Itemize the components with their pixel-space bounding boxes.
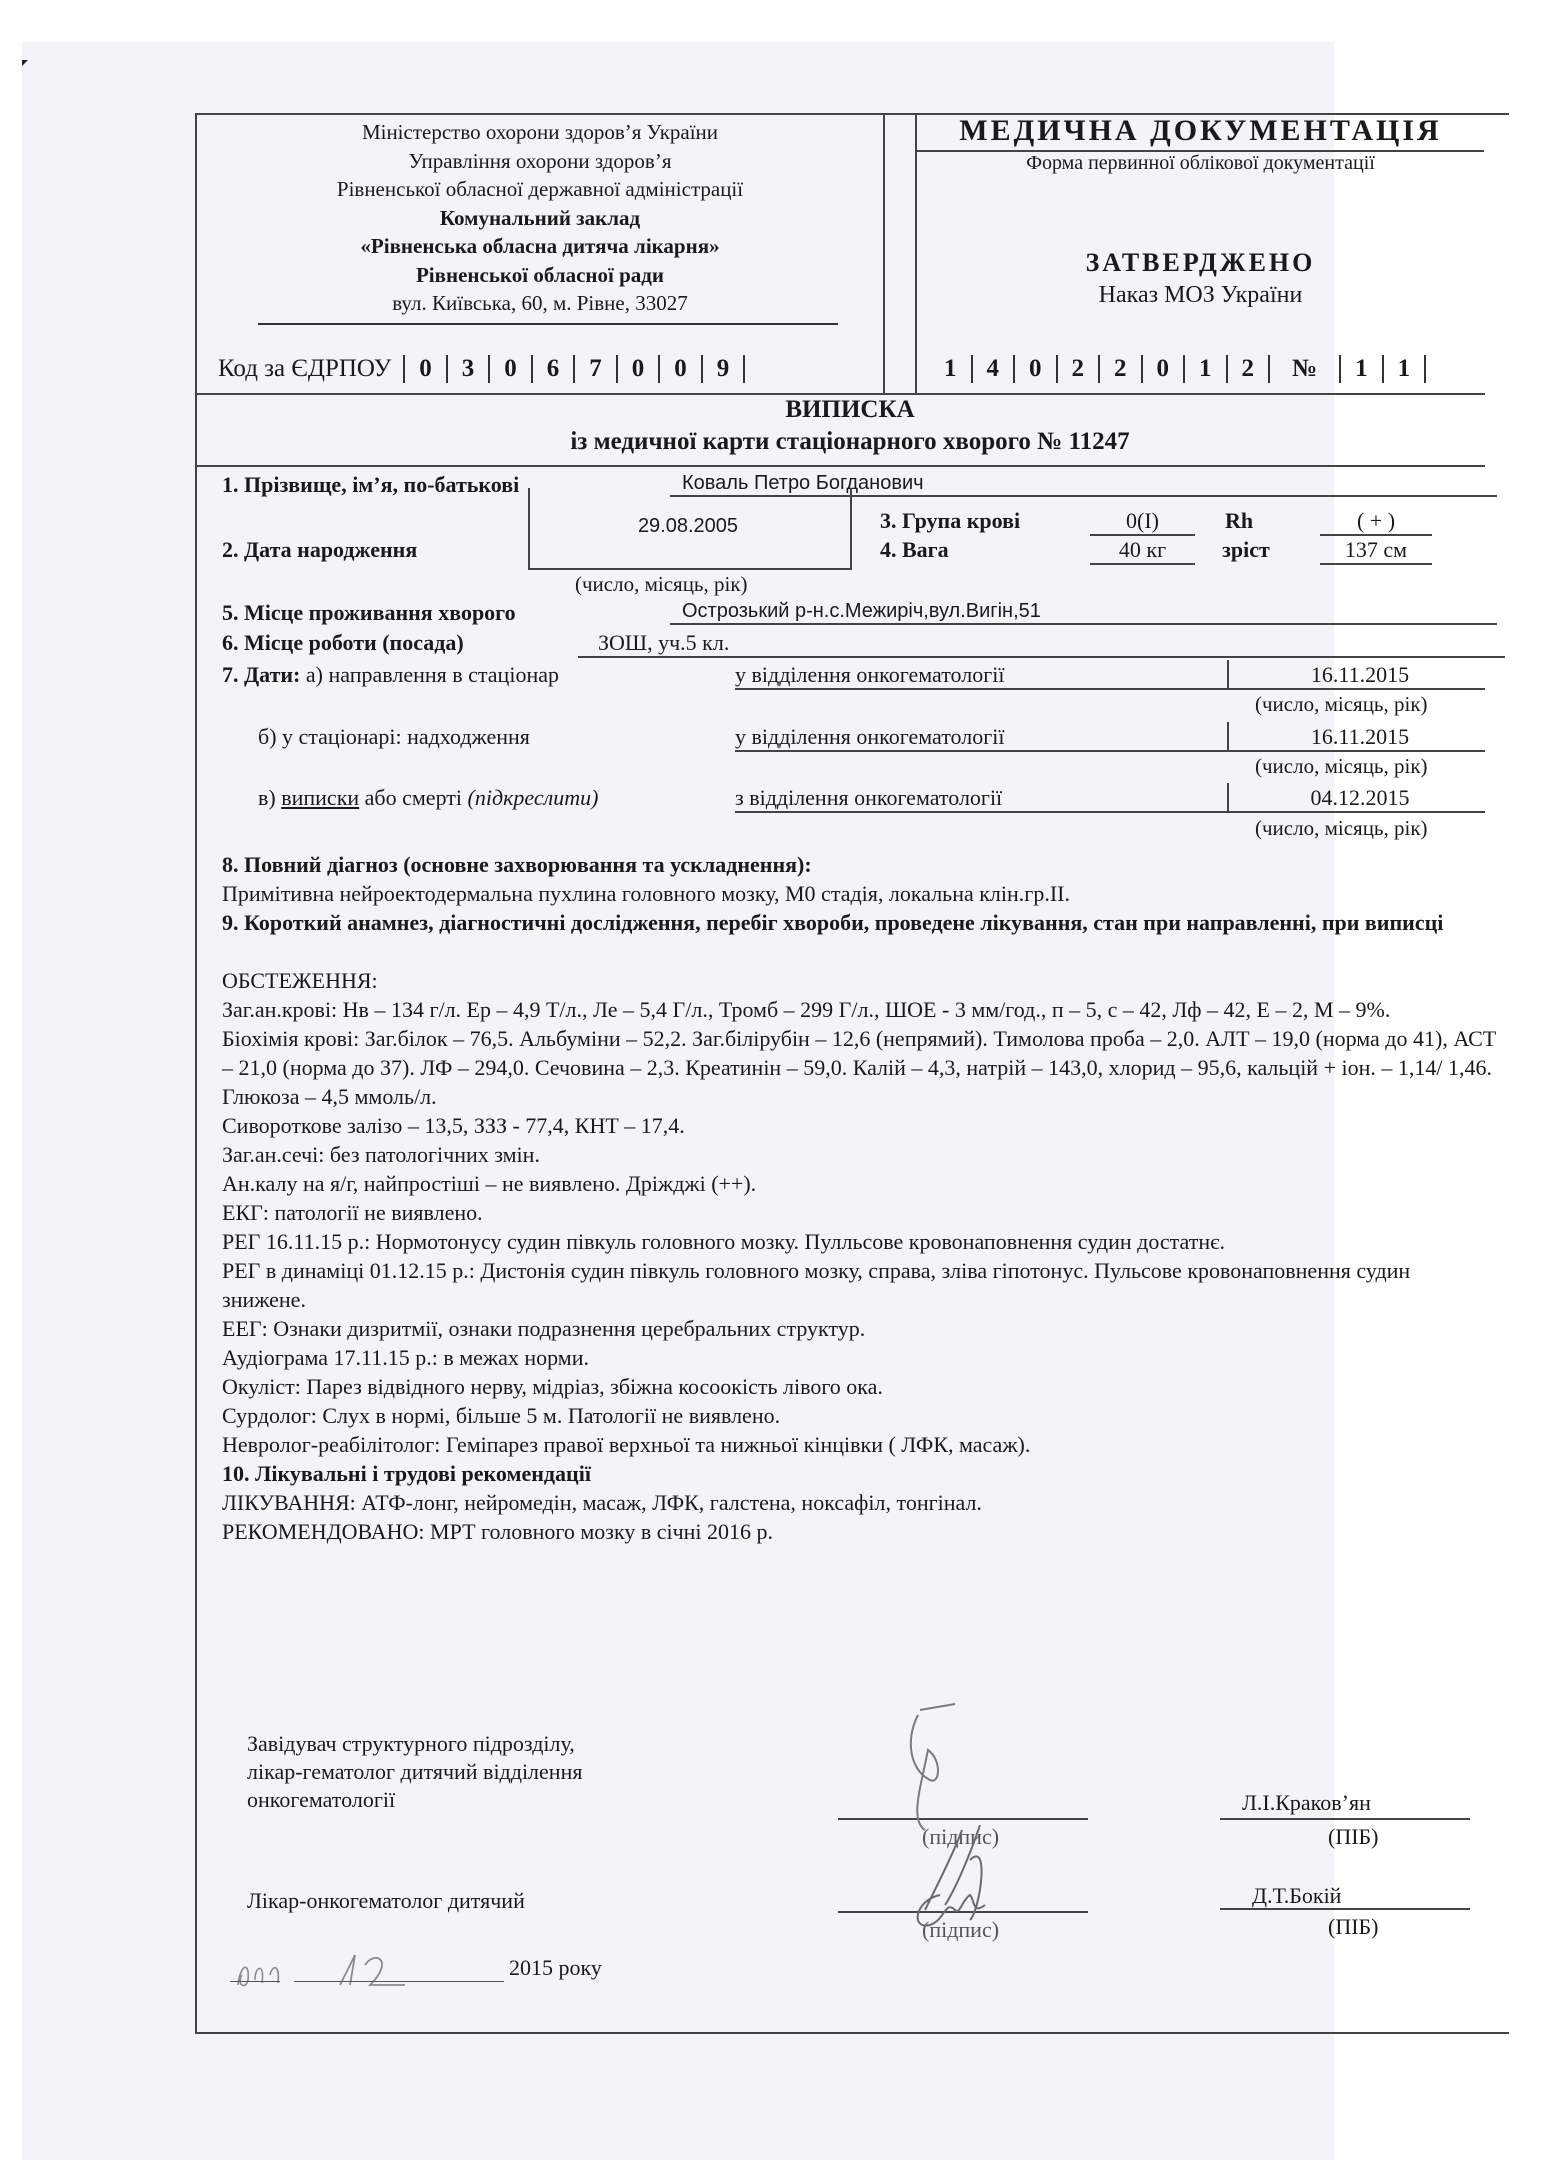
- order-digit: 2: [1056, 355, 1099, 383]
- neurologist: Невролог-реабілітолог: Геміпарез правої …: [222, 1430, 1497, 1459]
- number-digit: 1: [1382, 355, 1427, 383]
- code-digit: 3: [446, 355, 489, 383]
- discharge-prefix: в): [258, 785, 281, 810]
- serum-iron: Сивороткове залізо – 13,5, ЗЗЗ - 77,4, К…: [222, 1111, 1497, 1140]
- doctor-name-line: [1220, 1908, 1470, 1910]
- institution-council: Рівненської обласної ради: [195, 261, 885, 290]
- weight-label: 4. Вага: [880, 537, 949, 563]
- diagnosis-text: Примітивна нейроектодермальна пухлина го…: [222, 879, 1512, 908]
- institution-type: Комунальний заклад: [195, 204, 885, 233]
- doctor-title: Лікар-онкогематолог дитячий: [247, 1888, 525, 1914]
- date-separator: [1227, 783, 1229, 813]
- name-label: 1. Прізвище, ім’я, по-батькові: [222, 472, 519, 498]
- discharge-label: в) виписки або смерті (підкреслити): [258, 785, 598, 811]
- urine-test: Заг.ан.сечі: без патологічних змін.: [222, 1140, 1497, 1169]
- admission-label: б) у стаціонарі: надходження: [258, 724, 530, 750]
- title-main: ВИПИСКА: [195, 394, 1505, 426]
- treatment: ЛІКУВАННЯ: АТФ-лонг, нейромедін, масаж, …: [222, 1488, 1497, 1517]
- order-digit: 2: [1098, 355, 1141, 383]
- order-digit: 2: [1226, 355, 1269, 383]
- date-separator: [1227, 722, 1229, 752]
- referral-dept-text: у відділення онкогематології: [735, 662, 1004, 687]
- head-title-line: лікар-гематолог дитячий відділення: [247, 1758, 582, 1786]
- header-separator: [883, 113, 885, 393]
- code-digit: 9: [701, 355, 746, 383]
- surdologist: Сурдолог: Слух в нормі, більше 5 м. Пато…: [222, 1401, 1497, 1430]
- blood-test: Заг.ан.крові: Нв – 134 г/л. Ер – 4,9 Т/л…: [222, 995, 1497, 1024]
- anamnesis-heading: 9. Короткий анамнез, діагностичні дослід…: [222, 908, 1492, 937]
- title-sub: із медичної карти стаціонарного хворого …: [195, 426, 1505, 458]
- code-digit: 0: [403, 355, 446, 383]
- scan-corner-mark: [22, 60, 28, 66]
- discharge-date: 04.12.2015: [1260, 785, 1460, 811]
- recommendations-heading: 10. Лікувальні і трудові рекомендації: [222, 1459, 1497, 1488]
- date-separator: [1227, 660, 1229, 690]
- date-month: 12: [294, 1955, 504, 1982]
- referral-label: а) направлення в стаціонар: [306, 662, 559, 687]
- institution-address: вул. Київська, 60, м. Рівне, 33027: [195, 289, 885, 318]
- reg-2: РЕГ в динаміці 01.12.15 р.: Дистонія суд…: [222, 1256, 1497, 1314]
- approved-label: ЗАТВЕРДЖЕНО: [917, 248, 1484, 278]
- dates-label: 7. Дати:: [222, 662, 300, 687]
- admission-date-hint: (число, місяць, рік): [1255, 754, 1428, 779]
- handwritten-signature-icon: [900, 1700, 1100, 1950]
- discharge-or-death: або смерті: [359, 785, 467, 810]
- order-digit: 0: [1013, 355, 1056, 383]
- blood-label: 3. Група крові: [880, 508, 1020, 534]
- head-title-line: онкогематології: [247, 1786, 582, 1814]
- discharge-dept-text: з відділення онкогематології: [735, 785, 1002, 810]
- underline-instruction: (підкреслити): [468, 785, 599, 810]
- code-digit: 6: [531, 355, 574, 383]
- rh-value: ( + ): [1320, 508, 1432, 536]
- dob-hint: (число, місяць, рік): [575, 572, 748, 597]
- date-year: 2015 року: [509, 1955, 602, 1980]
- header-divider: [258, 323, 838, 325]
- dob-value: 29.08.2005: [528, 515, 848, 538]
- discharge-date-hint: (число, місяць, рік): [1255, 816, 1428, 841]
- head-title: Завідувач структурного підрозділу, лікар…: [247, 1730, 582, 1814]
- height-label: зріст: [1222, 537, 1270, 563]
- number-sign: №: [1268, 355, 1339, 383]
- work-value: ЗОШ, уч.5 кл.: [578, 630, 1505, 658]
- department-line: Управління охорони здоров’я: [195, 147, 885, 176]
- head-name-hint: (ПІБ): [1328, 1824, 1379, 1850]
- admission-dept-text: у відділення онкогематології: [735, 724, 1004, 749]
- doctor-name-hint: (ПІБ): [1328, 1914, 1379, 1940]
- edrpou-label: Код за ЄДРПОУ: [218, 355, 391, 383]
- date-row-referral: 7. Дати: а) направлення в стаціонар: [222, 662, 559, 688]
- work-label: 6. Місце роботи (посада): [222, 630, 464, 656]
- ministry-line: Міністерство охорони здоров’я України: [195, 118, 885, 147]
- date-fields: 04 12 2015 року: [230, 1955, 602, 1982]
- institution-header: Міністерство охорони здоров’я України Уп…: [195, 118, 885, 318]
- stool-test: Ан.калу на я/г, найпростіші – не виявлен…: [222, 1169, 1497, 1198]
- order-digit: 4: [971, 355, 1014, 383]
- order-digit: 0: [1141, 355, 1184, 383]
- date-day: 04: [230, 1955, 280, 1982]
- head-name-line: [1220, 1818, 1470, 1820]
- residence-value: Острозький р-н.с.Межиріч,вул.Вигін,51: [670, 600, 1497, 625]
- oculist: Окуліст: Парез відвідного нерву, мідріаз…: [222, 1372, 1497, 1401]
- biochemistry: Біохімія крові: Заг.білок – 76,5. Альбум…: [222, 1024, 1497, 1111]
- institution-name: «Рівненська обласна дитяча лікарня»: [195, 232, 885, 261]
- residence-label: 5. Місце проживання хворого: [222, 600, 516, 626]
- rh-label: Rh: [1225, 508, 1253, 534]
- doctor-name: Д.Т.Бокій: [1252, 1883, 1341, 1909]
- height-value: 137 см: [1320, 537, 1432, 565]
- anamnesis-body: ОБСТЕЖЕННЯ: Заг.ан.крові: Нв – 134 г/л. …: [222, 966, 1497, 1546]
- edrpou-code: Код за ЄДРПОУ 0 3 0 6 7 0 0 9: [218, 355, 745, 383]
- blood-value: 0(I): [1090, 508, 1195, 536]
- divider: [195, 465, 1485, 467]
- number-digit: 1: [1339, 355, 1382, 383]
- referral-date-hint: (число, місяць, рік): [1255, 692, 1428, 717]
- dob-label: 2. Дата народження: [222, 537, 417, 563]
- code-digit: 0: [658, 355, 701, 383]
- admission-date: 16.11.2015: [1260, 724, 1460, 750]
- head-name: Л.І.Краков’ян: [1242, 1790, 1371, 1816]
- code-digit: 0: [488, 355, 531, 383]
- audiogram: Аудіограма 17.11.15 р.: в межах норми.: [222, 1343, 1497, 1372]
- order-digit: 1: [1183, 355, 1226, 383]
- diagnosis-heading: 8. Повний діагноз (основне захворювання …: [222, 850, 1512, 879]
- ecg: ЕКГ: патології не виявлено.: [222, 1198, 1497, 1227]
- exam-heading: ОБСТЕЖЕННЯ:: [222, 966, 1497, 995]
- order-code: 1 4 0 2 2 0 1 2 № 1 1: [930, 355, 1426, 383]
- head-title-line: Завідувач структурного підрозділу,: [247, 1730, 582, 1758]
- order-digit: 1: [930, 355, 971, 383]
- discharge-underlined: виписки: [281, 785, 359, 810]
- code-digit: 0: [616, 355, 659, 383]
- weight-value: 40 кг: [1090, 537, 1195, 565]
- approved-by: Наказ МОЗ України: [917, 282, 1484, 309]
- med-doc-subtitle: Форма первинної облікової документації: [917, 152, 1484, 175]
- reg-1: РЕГ 16.11.15 р.: Нормотонусу судин півку…: [222, 1227, 1497, 1256]
- referral-date: 16.11.2015: [1260, 662, 1460, 688]
- recommended: РЕКОМЕНДОВАНО: МРТ головного мозку в січ…: [222, 1517, 1497, 1546]
- eeg: ЕЕГ: Ознаки дизритмії, ознаки подразненн…: [222, 1314, 1497, 1343]
- document-title: ВИПИСКА із медичної карти стаціонарного …: [195, 394, 1505, 458]
- code-digit: 7: [573, 355, 616, 383]
- med-doc-title: МЕДИЧНА ДОКУМЕНТАЦІЯ: [917, 114, 1484, 148]
- administration-line: Рівненської обласної державної адміністр…: [195, 175, 885, 204]
